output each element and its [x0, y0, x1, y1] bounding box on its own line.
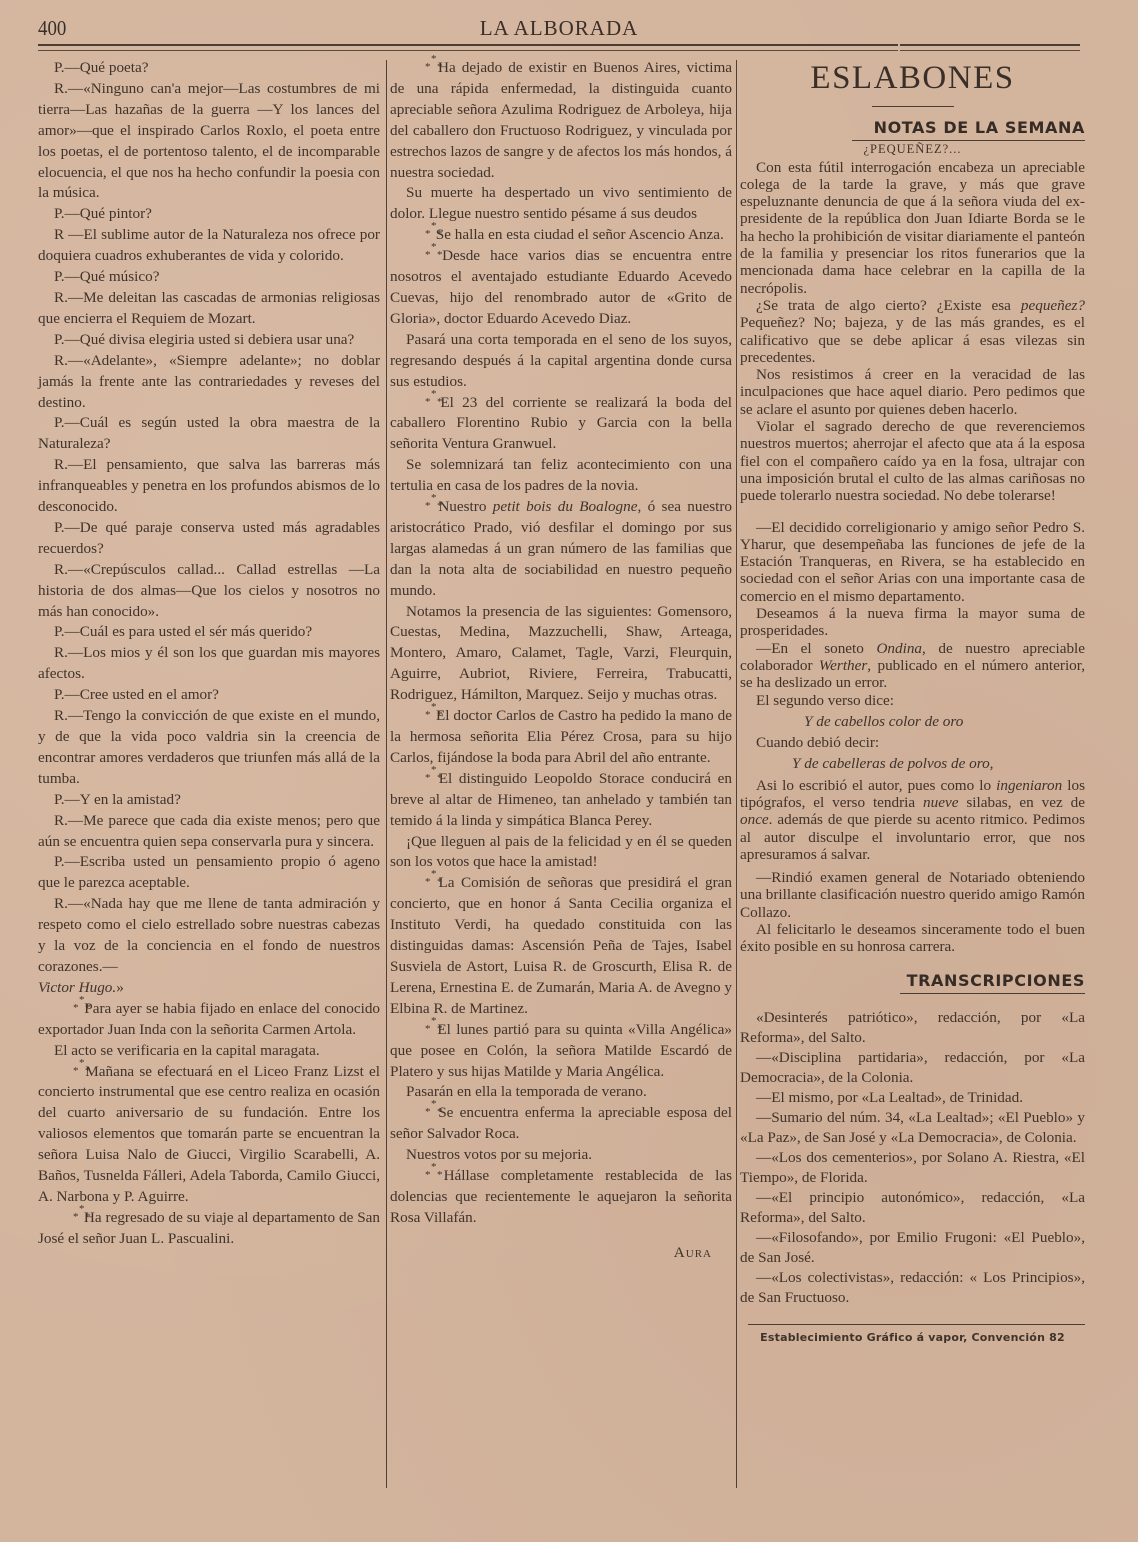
social-note: *** Desde hace varios dias se encuentra …	[390, 246, 732, 330]
paragraph: —En el soneto Ondina, de nuestro aprecia…	[740, 640, 1085, 692]
printer-imprint: Establecimiento Gráfico á vapor, Convenc…	[740, 1329, 1085, 1346]
list-item: —«Filosofando», por Emilio Frugoni: «El …	[740, 1228, 1085, 1268]
newspaper-page: 400 LA ALBORADA P.—Qué poeta? R.—«Ningun…	[0, 0, 1138, 1542]
paragraph: Pasarán en ella la temporada de verano.	[390, 1082, 732, 1103]
asterism-icon: ***	[406, 499, 432, 509]
asterism-icon: ***	[406, 1168, 432, 1178]
asterism-icon: ***	[406, 708, 432, 718]
paragraph: Se solemnizará tan feliz acontecimiento …	[390, 455, 732, 497]
paragraph: Nuestros votos por su mejoria.	[390, 1145, 732, 1166]
paragraph: Pasará una corta temporada en el seno de…	[390, 330, 732, 393]
section-title: ESLABONES	[740, 58, 1085, 98]
transcripciones-list: «Desinterés patriótico», redacción, por …	[740, 1008, 1085, 1308]
paragraph: P.—Qué pintor?	[38, 204, 380, 225]
paragraph: R —El sublime autor de la Naturaleza nos…	[38, 225, 380, 267]
list-item: «Desinterés patriótico», redacción, por …	[740, 1008, 1085, 1048]
author-signature: Aura	[390, 1243, 732, 1264]
paragraph: R.—«Crepúsculos callad... Callad estrell…	[38, 560, 380, 623]
spacer	[740, 505, 1085, 519]
asterism-icon: ***	[406, 248, 432, 258]
asterism-icon: ***	[406, 395, 432, 405]
social-note: *** Para ayer se habia fijado en enlace …	[38, 999, 380, 1041]
asterism-icon: ***	[54, 1064, 80, 1074]
paragraph: R.—Me parece que cada dia existe menos; …	[38, 811, 380, 853]
list-item: —«Los dos cementerios», por Solano A. Ri…	[740, 1148, 1085, 1188]
paragraph: El segundo verso dice:	[740, 692, 1085, 709]
list-item: —«Disciplina partidaria», redacción, por…	[740, 1048, 1085, 1088]
social-note: *** Se encuentra enferma la apreciable e…	[390, 1103, 732, 1145]
paragraph: R.—«Nada hay que me llene de tanta admir…	[38, 894, 380, 978]
column-social-notes: *** Ha dejado de existir en Buenos Aires…	[390, 58, 732, 1264]
list-item: —«Los colectivistas», redacción: « Los P…	[740, 1268, 1085, 1308]
social-note: *** Ha dejado de existir en Buenos Aires…	[390, 58, 732, 183]
paragraph: P.—Qué divisa elegiria usted si debiera …	[38, 330, 380, 351]
paragraph: Al felicitarlo le deseamos sinceramente …	[740, 921, 1085, 956]
social-note: *** Se halla en esta ciudad el señor Asc…	[390, 225, 732, 246]
paragraph: P.—Y en la amistad?	[38, 790, 380, 811]
asterism-icon: ***	[406, 875, 432, 885]
header-rule-right	[900, 44, 1080, 51]
paragraph: ¡Que lleguen al pais de la felicidad y e…	[390, 832, 732, 874]
paragraph: P.—Qué músico?	[38, 267, 380, 288]
paragraph: Con esta fútil interrogación encabeza un…	[740, 159, 1085, 297]
paragraph: R.—«Adelante», «Siempre adelante»; no do…	[38, 351, 380, 414]
asterism-icon: ***	[406, 771, 432, 781]
column-eslabones: ESLABONES NOTAS DE LA SEMANA ¿PEQUEÑEZ?.…	[740, 58, 1085, 1346]
paragraph: R.—«Ninguno can'a mejor—Las costumbres d…	[38, 79, 380, 204]
paragraph: Su muerte ha despertado un vivo sentimie…	[390, 183, 732, 225]
verse-line: Y de cabellos color de oro	[740, 713, 1085, 730]
social-note: *** Mañana se efectuará en el Liceo Fran…	[38, 1062, 380, 1208]
social-note: *** El distinguido Leopoldo Storace cond…	[390, 769, 732, 832]
paragraph: Asi lo escribió el autor, pues como lo i…	[740, 777, 1085, 863]
social-note: *** Nuestro petit bois du Boalogne, ó se…	[390, 497, 732, 602]
paragraph: Nos resistimos á creer en la veracidad d…	[740, 366, 1085, 418]
asterism-icon: ***	[406, 60, 432, 70]
paragraph: R.—Tengo la convicción de que existe en …	[38, 706, 380, 790]
paragraph: R.—Me deleitan las cascadas de armonias …	[38, 288, 380, 330]
transcripciones-title: TRANSCRIPCIONES	[900, 972, 1085, 994]
paragraph: P.—Cuál es según usted la obra maestra d…	[38, 413, 380, 455]
asterism-icon: ***	[54, 1210, 80, 1220]
social-note: *** El 23 del corriente se realizará la …	[390, 393, 732, 456]
subsection-title: NOTAS DE LA SEMANA	[852, 119, 1085, 141]
paragraph: P.—De qué paraje conserva usted más agra…	[38, 518, 380, 560]
header-rule-left	[38, 44, 898, 51]
paragraph: R.—El pensamiento, que salva las barrera…	[38, 455, 380, 518]
column-interview: P.—Qué poeta? R.—«Ninguno can'a mejor—La…	[38, 58, 380, 1250]
list-item: —«El principio autonómico», redacción, «…	[740, 1188, 1085, 1228]
paragraph: Violar el sagrado derecho de que reveren…	[740, 418, 1085, 504]
paragraph: Cuando debió decir:	[740, 734, 1085, 751]
social-note: *** Hállase completamente restablecida d…	[390, 1166, 732, 1229]
asterism-icon: ***	[406, 227, 432, 237]
title-rule	[872, 106, 954, 107]
paragraph: ¿Se trata de algo cierto? ¿Existe esa pe…	[740, 297, 1085, 366]
social-note: *** La Comisión de señoras que presidirá…	[390, 873, 732, 1019]
paragraph: El acto se verificaria en la capital mar…	[38, 1041, 380, 1062]
paragraph: —El decidido correligionario y amigo señ…	[740, 519, 1085, 605]
paragraph: —Rindió examen general de Notariado obte…	[740, 869, 1085, 921]
column-divider-2	[736, 60, 737, 1488]
quote-author: Victor Hugo.	[38, 979, 116, 996]
list-item: —Sumario del núm. 34, «La Lealtad»; «El …	[740, 1108, 1085, 1148]
column-divider-1	[386, 60, 387, 1488]
paragraph: R.—Los mios y él son los que guardan mis…	[38, 643, 380, 685]
asterism-icon: ***	[406, 1105, 432, 1115]
masthead-title: LA ALBORADA	[38, 16, 1080, 41]
paragraph: Notamos la presencia de las siguientes: …	[390, 602, 732, 707]
paragraph: P.—Qué poeta?	[38, 58, 380, 79]
paragraph: P.—Escriba usted un pensamiento propio ó…	[38, 852, 380, 894]
social-note: *** El doctor Carlos de Castro ha pedido…	[390, 706, 732, 769]
quote-attribution: Victor Hugo.»	[38, 978, 380, 999]
verse-line: Y de cabelleras de polvos de oro,	[740, 755, 1085, 772]
social-note: *** El lunes partió para su quinta «Vill…	[390, 1020, 732, 1083]
page-header: 400 LA ALBORADA	[38, 14, 1080, 44]
article-heading: ¿PEQUEÑEZ?...	[740, 141, 1085, 158]
paragraph: P.—Cree usted en el amor?	[38, 685, 380, 706]
list-item: —El mismo, por «La Lealtad», de Trinidad…	[740, 1088, 1085, 1108]
paragraph: Deseamos á la nueva firma la mayor suma …	[740, 605, 1085, 640]
asterism-icon: ***	[406, 1022, 432, 1032]
footer-rule	[748, 1324, 1085, 1325]
paragraph: P.—Cuál es para usted el sér más querido…	[38, 622, 380, 643]
asterism-icon: ***	[54, 1001, 80, 1011]
social-note: *** Ha regresado de su viaje al departam…	[38, 1208, 380, 1250]
